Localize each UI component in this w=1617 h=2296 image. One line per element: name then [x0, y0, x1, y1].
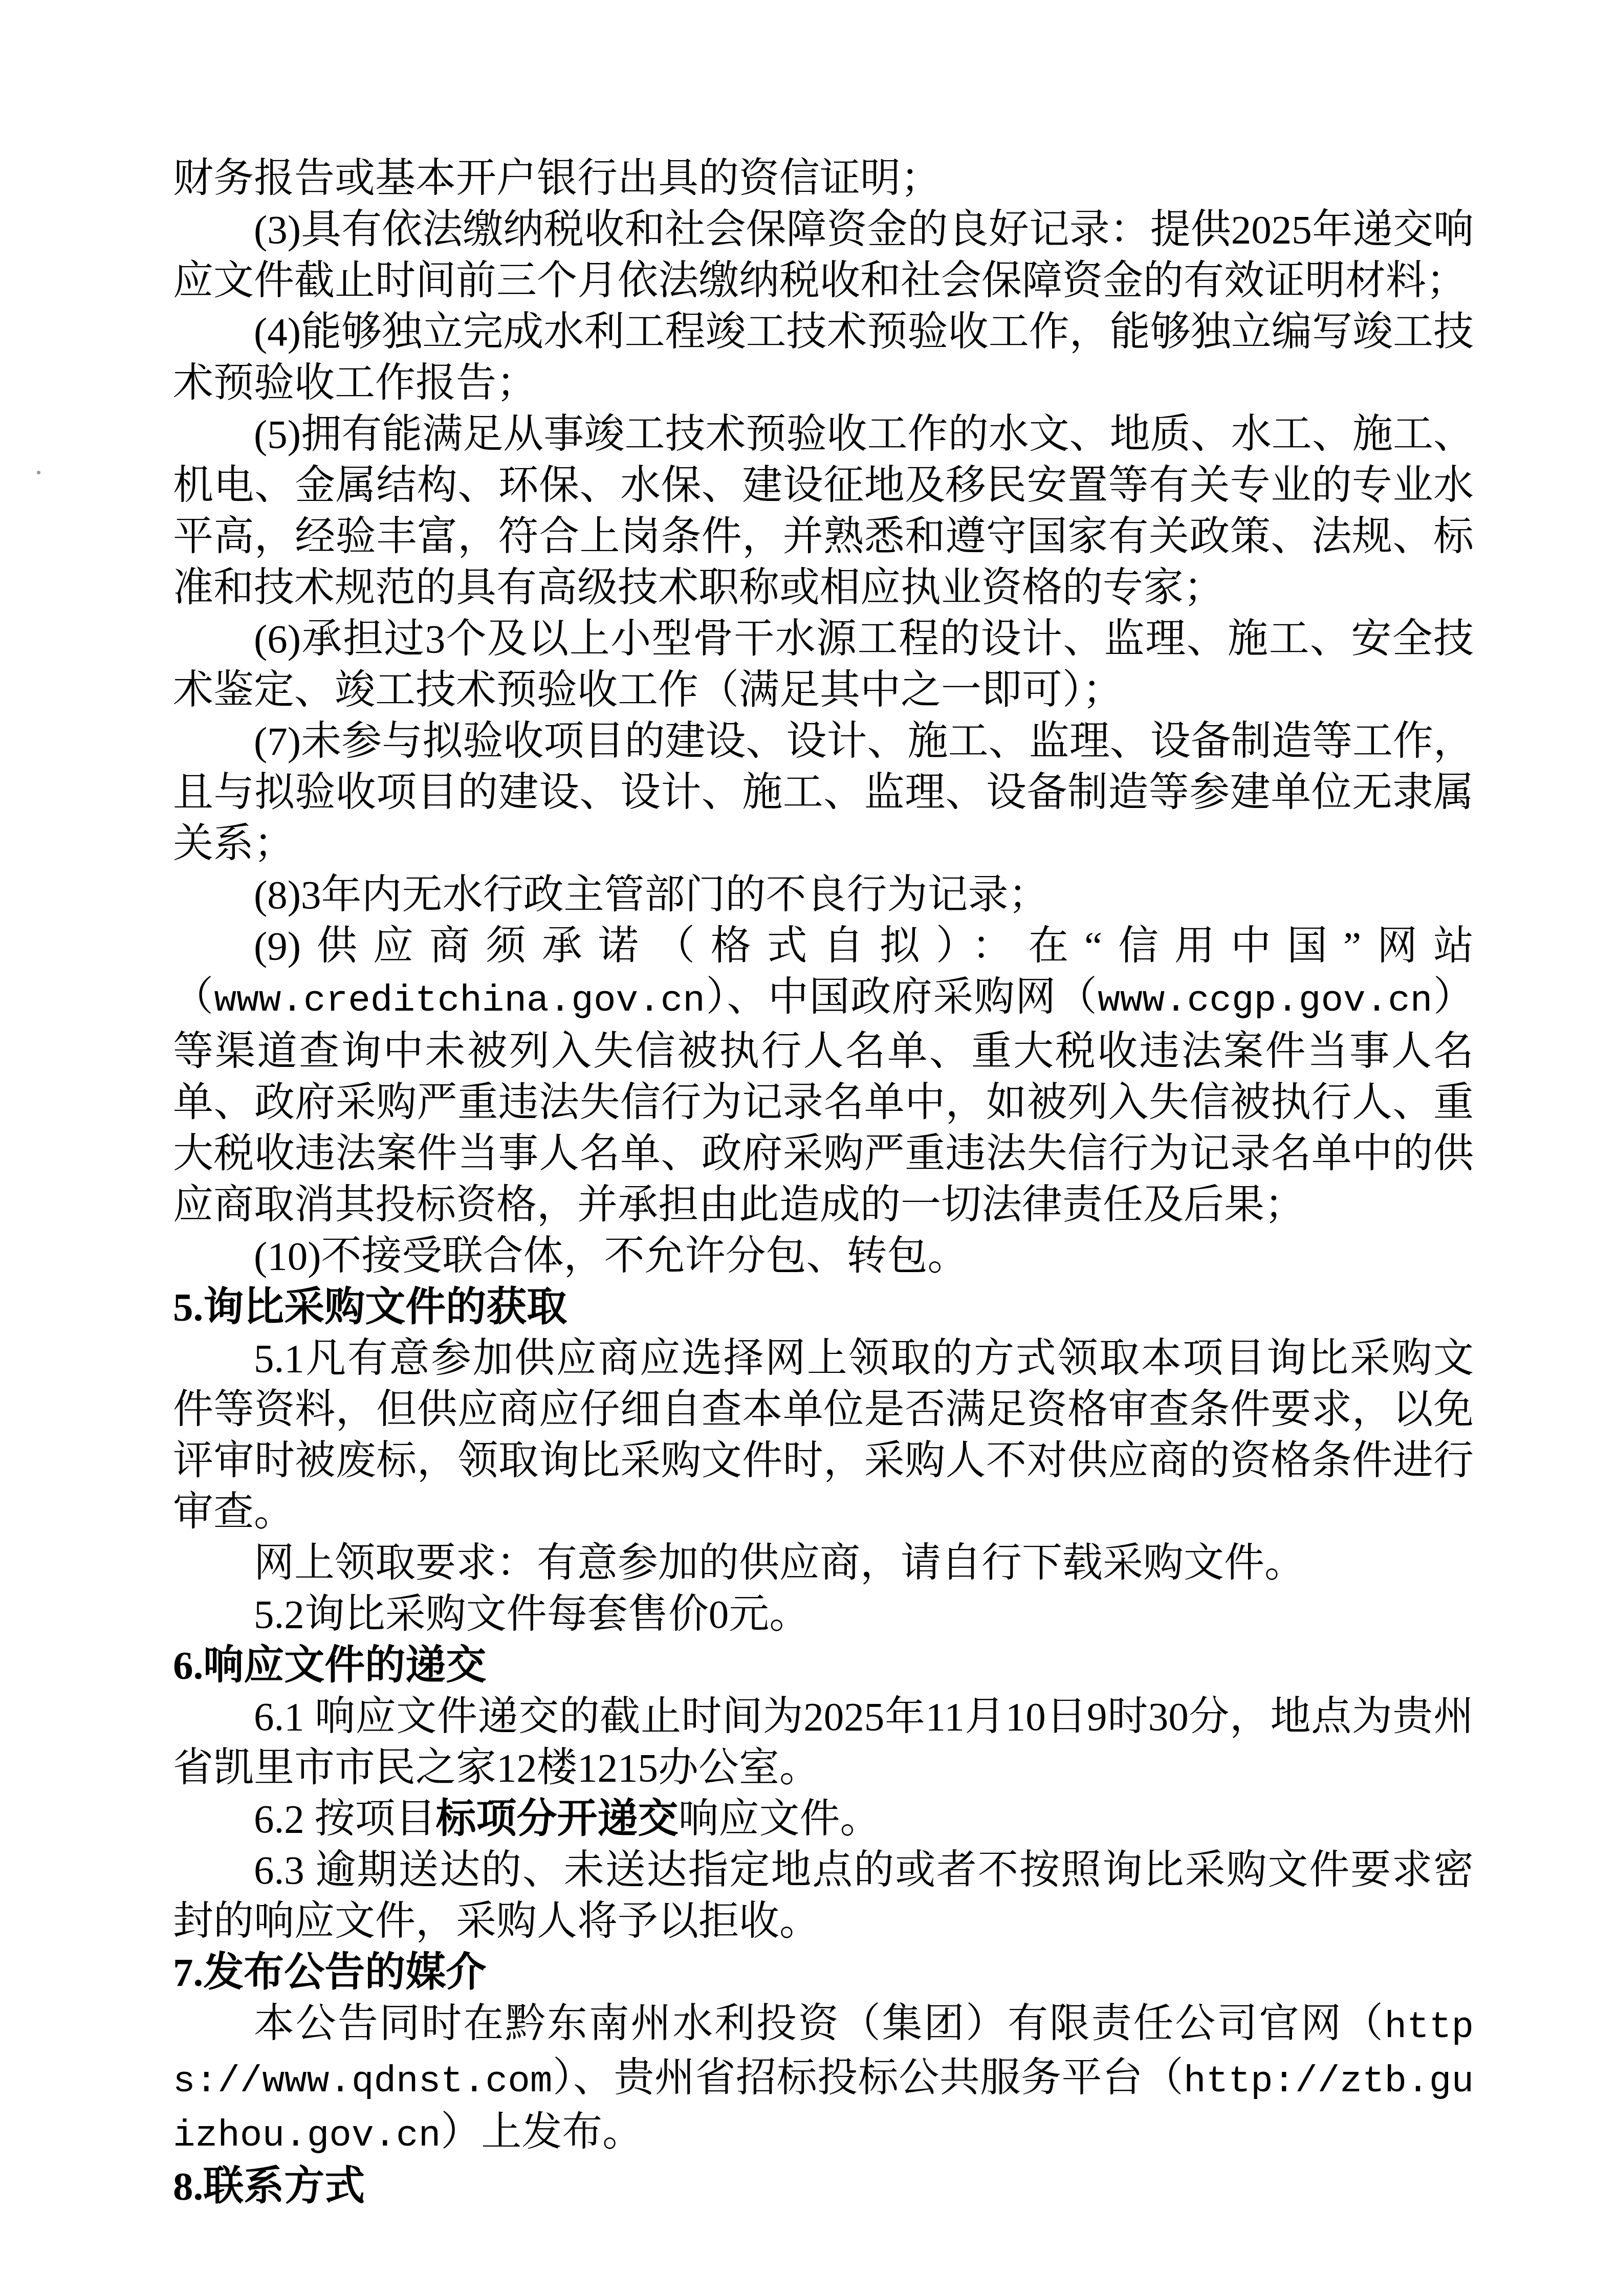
paragraph-6-2-suffix: 响应文件。 [679, 1797, 881, 1842]
ccgp-url-group: （www.ccgp.gov.cn） [1057, 975, 1474, 1020]
scan-artifact-speck [37, 471, 40, 474]
document-text-block: 财务报告或基本开户银行出具的资信证明； (3)具有依法缴纳税收和社会保障资金的良… [173, 154, 1474, 2213]
open-paren: （ [173, 975, 214, 1020]
media-tail-text: ）上发布。 [441, 2110, 643, 2155]
paragraph-5-2: 5.2询比采购文件每套售价0元。 [173, 1589, 1474, 1641]
ccgp-url: www.ccgp.gov.cn [1098, 979, 1432, 1022]
item-9-tail-text: 等渠道查询中未被列入失信被执行人名单、重大税收违法案件当事人名单、政府采购严重违… [173, 1030, 1474, 1228]
paragraph-6-2: 6.2 按项目标项分开递交响应文件。 [173, 1794, 1474, 1845]
paragraph-6-3: 6.3 逾期送达的、未送达指定地点的或者不按照询比采购文件要求密封的响应文件，采… [173, 1845, 1474, 1948]
paragraph-item-3: (3)具有依法缴纳税收和社会保障资金的良好记录：提供2025年递交响应文件截止时… [173, 205, 1474, 307]
paragraph-item-7: (7)未参与拟验收项目的建设、设计、施工、监理、设备制造等工作，且与拟验收项目的… [173, 716, 1474, 870]
section-5-heading: 5.询比采购文件的获取 [173, 1282, 1474, 1333]
item-9-mid-text: 、中国政府采购网 [727, 975, 1057, 1020]
paragraph-announcement-media: 本公告同时在黔东南州水利投资（集团）有限责任公司官网（https://www.q… [173, 1999, 1474, 2161]
paragraph-6-2-bold-emphasis: 标项分开递交 [436, 1797, 679, 1842]
close-paren: ） [705, 975, 727, 1020]
paragraph-online-claim-note: 网上领取要求：有意参加的供应商，请自行下载采购文件。 [173, 1538, 1474, 1589]
section-7-heading: 7.发布公告的媒介 [173, 1948, 1474, 1999]
paragraph-item-10: (10)不接受联合体，不允许分包、转包。 [173, 1231, 1474, 1282]
creditchina-url: www.creditchina.gov.cn [214, 979, 705, 1022]
close-paren: ） [1432, 975, 1474, 1020]
paragraph-6-1: 6.1 响应文件递交的截止时间为2025年11月10日9时30分，地点为贵州省凯… [173, 1692, 1474, 1794]
paragraph-item-5: (5)拥有能满足从事竣工技术预验收工作的水文、地质、水工、施工、机电、金属结构、… [173, 409, 1474, 614]
section-6-heading: 6.响应文件的递交 [173, 1641, 1474, 1692]
scanned-document-page: 财务报告或基本开户银行出具的资信证明； (3)具有依法缴纳税收和社会保障资金的良… [0, 0, 1617, 2296]
creditchina-url-group: （www.creditchina.gov.cn） [173, 975, 727, 1020]
paragraph-item-4: (4)能够独立完成水利工程竣工技术预验收工作，能够独立编写竣工技术预验收工作报告… [173, 307, 1474, 409]
paragraph-5-1: 5.1凡有意参加供应商应选择网上领取的方式领取本项目询比采购文件等资料，但供应商… [173, 1333, 1474, 1538]
media-lead-text: 本公告同时在黔东南州水利投资（集团）有限责任公司官网（ [254, 2002, 1385, 2046]
section-8-heading: 8.联系方式 [173, 2161, 1474, 2213]
paragraph-continuation: 财务报告或基本开户银行出具的资信证明； [173, 154, 1474, 205]
paragraph-6-2-prefix: 6.2 按项目 [254, 1797, 436, 1842]
paragraph-item-9: (9)供应商须承诺（格式自拟）：在“信用中国”网站（www.creditchin… [173, 921, 1474, 1231]
paragraph-item-6: (6)承担过3个及以上小型骨干水源工程的设计、监理、施工、安全技术鉴定、竣工技术… [173, 614, 1474, 716]
open-paren: （ [1057, 975, 1098, 1020]
paragraph-item-8: (8)3年内无水行政主管部门的不良行为记录； [173, 870, 1474, 921]
item-9-lead-text: (9)供应商须承诺（格式自拟）：在“信用中国”网站 [254, 924, 1474, 969]
media-mid-text: ）、贵州省招标投标公共服务平台（ [552, 2056, 1184, 2101]
